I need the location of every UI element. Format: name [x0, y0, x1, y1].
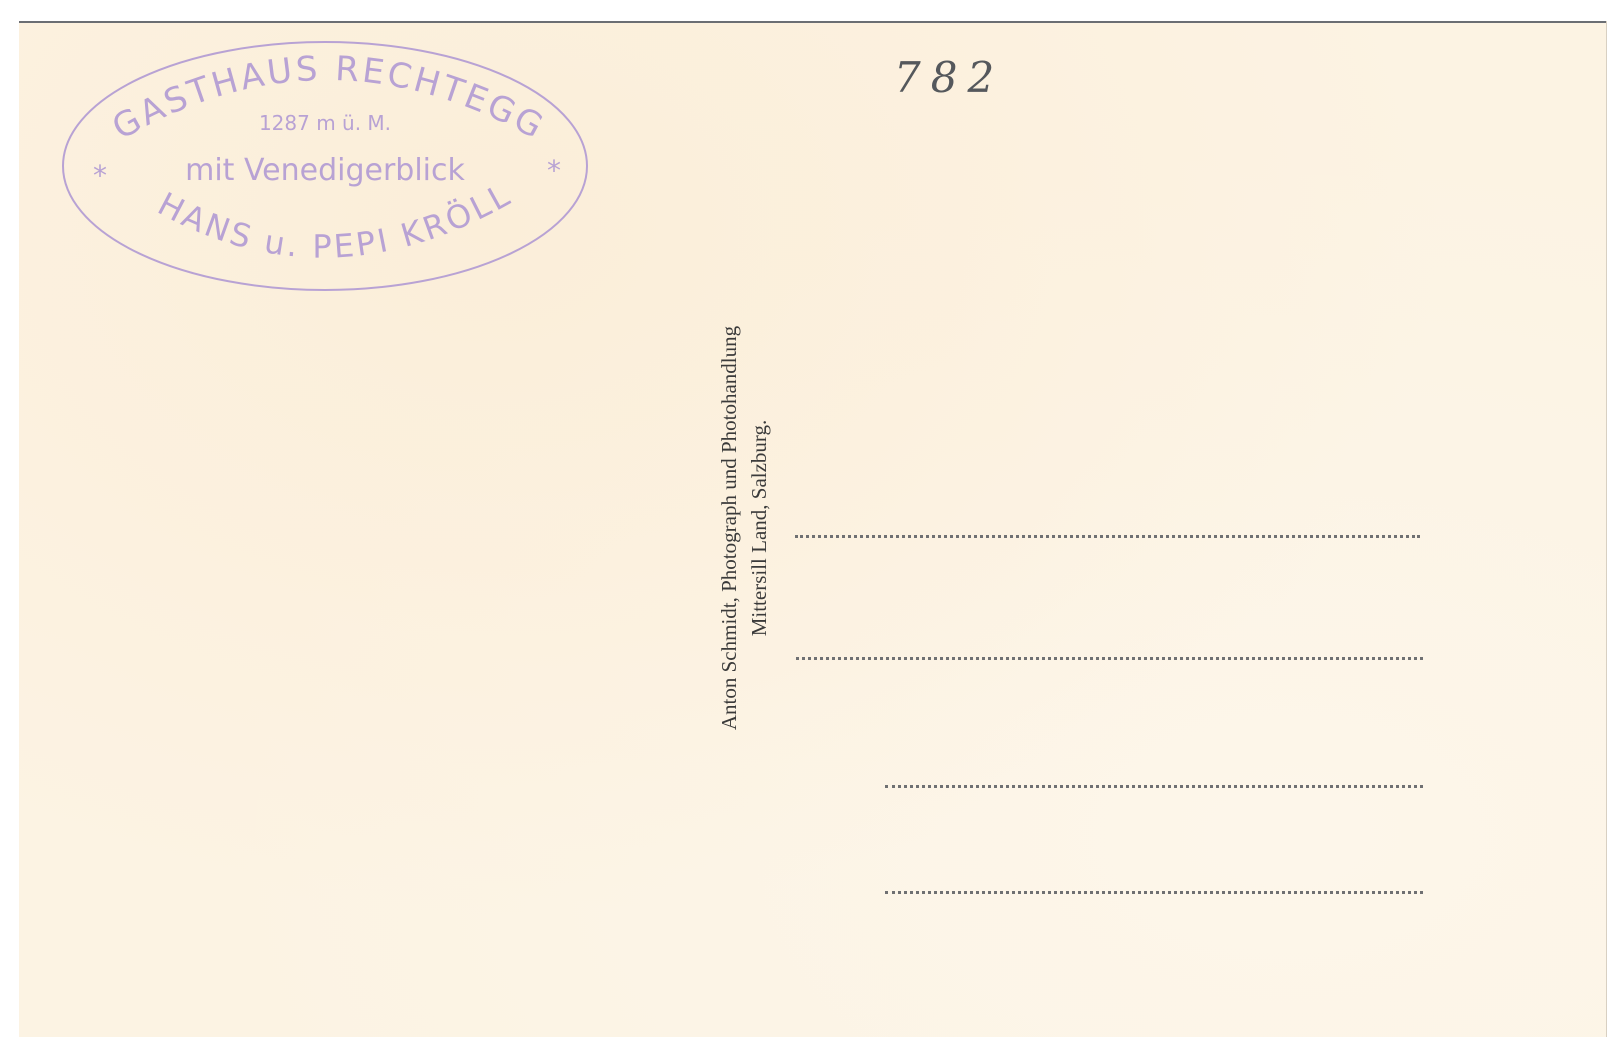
stamp-ornament-right-icon: * [547, 154, 561, 187]
address-line-1 [795, 535, 1420, 538]
svg-text:HANS u. PEPI KRÖLL: HANS u. PEPI KRÖLL [152, 175, 518, 266]
stamp-line-4: HANS u. PEPI KRÖLL [152, 175, 518, 266]
stamp-line-3: mit Venedigerblick [185, 153, 465, 188]
imprint-line-2: Mittersill Land, Salzburg. [744, 326, 774, 730]
address-line-2 [796, 657, 1423, 660]
postcard-back: GASTHAUS RECHTEGG 1287 m ü. M. mit Vened… [19, 21, 1606, 1037]
imprint-line-1: Anton Schmidt, Photograph und Photohandl… [714, 326, 744, 730]
address-line-3 [885, 785, 1423, 788]
publisher-imprint: Anton Schmidt, Photograph und Photohandl… [714, 326, 774, 730]
gasthaus-stamp: GASTHAUS RECHTEGG 1287 m ü. M. mit Vened… [55, 35, 595, 297]
stamp-ornament-left-icon: * [93, 159, 107, 192]
handwritten-number: 782 [894, 53, 1004, 102]
address-line-4 [885, 891, 1423, 894]
stamp-oval-icon: GASTHAUS RECHTEGG 1287 m ü. M. mit Vened… [55, 35, 595, 297]
stamp-line-2: 1287 m ü. M. [259, 111, 391, 135]
